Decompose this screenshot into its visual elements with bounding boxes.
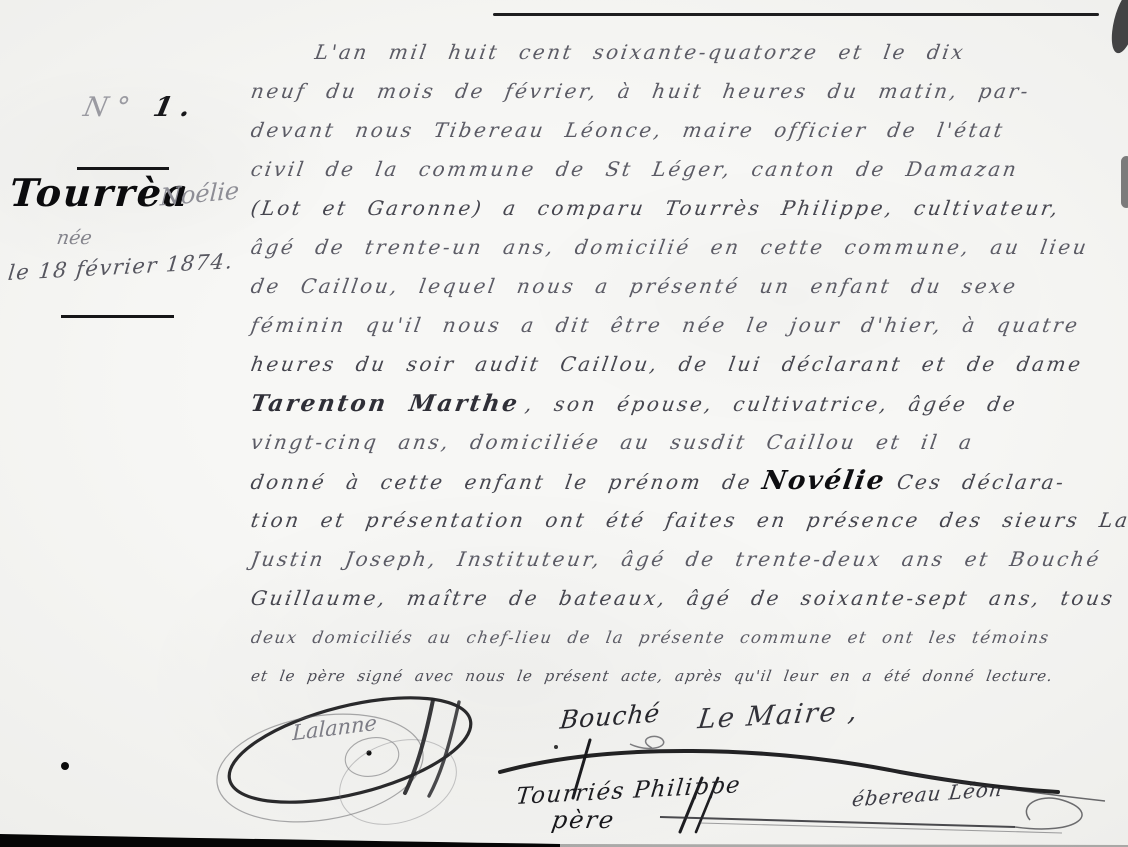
scanned-birth-record: N° 1. Tourrèa Noélie née le 18 février 1… — [0, 0, 1128, 847]
act-line: deux domiciliés au chef-lieu de la prése… — [248, 618, 1126, 657]
act-line: tion et présentation ont été faites en p… — [248, 501, 1126, 540]
act-line: et le père signé avec nous le présent ac… — [248, 657, 1126, 696]
name-line-post: Ces déclara- — [895, 470, 1067, 494]
act-body: L'an mil huit cent soixante-quatorze et … — [248, 33, 1120, 696]
signature-bouche: Bouché — [559, 698, 662, 734]
act-line: devant nous Tibereau Léonce, maire offic… — [248, 111, 1126, 150]
mother-name: Tarenton Marthe — [249, 390, 522, 417]
mother-line-rest: , son épouse, cultivatrice, âgée de — [524, 392, 1020, 416]
act-line: (Lot et Garonne) a comparu Tourrès Phili… — [248, 189, 1126, 228]
name-line-pre: donné à cette enfant le prénom de — [249, 470, 754, 494]
scan-artifact — [1121, 156, 1128, 208]
act-line-child-name: donné à cette enfant le prénom deNovélie… — [248, 462, 1126, 501]
act-line: civil de la commune de St Léger, canton … — [248, 150, 1126, 189]
act-line: Guillaume, maître de bateaux, âgé de soi… — [248, 579, 1126, 618]
margin-born-date: le 18 février 1874. — [7, 249, 235, 285]
act-line: féminin qu'il nous a dit être née le jou… — [248, 306, 1126, 345]
act-number: N° 1. — [81, 92, 201, 123]
margin-rule-bottom — [61, 315, 174, 318]
signature-lalanne: Lalanne — [292, 711, 377, 746]
act-number-label: N° — [81, 92, 141, 123]
signature-father: Tourriés Philippe — [515, 772, 743, 810]
act-number-value: 1. — [150, 92, 201, 123]
act-line: âgé de trente-un ans, domicilié en cette… — [248, 228, 1126, 267]
act-line-mother: Tarenton Marthe, son épouse, cultivatric… — [248, 384, 1126, 423]
act-line: vingt-cinq ans, domiciliée au susdit Cai… — [248, 423, 1126, 462]
act-line: heures du soir audit Caillou, de lui déc… — [248, 345, 1126, 384]
margin-born-label: née — [55, 227, 93, 249]
act-line: de Caillou, lequel nous a présenté un en… — [248, 267, 1126, 306]
act-line: Justin Joseph, Instituteur, âgé de trent… — [248, 540, 1126, 579]
signature-le-maire: Le Maire , — [696, 696, 861, 736]
child-name: Novélie — [760, 466, 888, 496]
header-rule — [493, 13, 1099, 16]
act-line: L'an mil huit cent soixante-quatorze et … — [248, 33, 1126, 72]
signature-mayor: ébereau Léon — [851, 777, 1005, 812]
margin-given-name: Noélie — [159, 176, 239, 211]
father-role-label: père — [550, 806, 618, 834]
act-line: neuf du mois de février, à huit heures d… — [248, 72, 1126, 111]
ink-blot — [61, 762, 69, 770]
